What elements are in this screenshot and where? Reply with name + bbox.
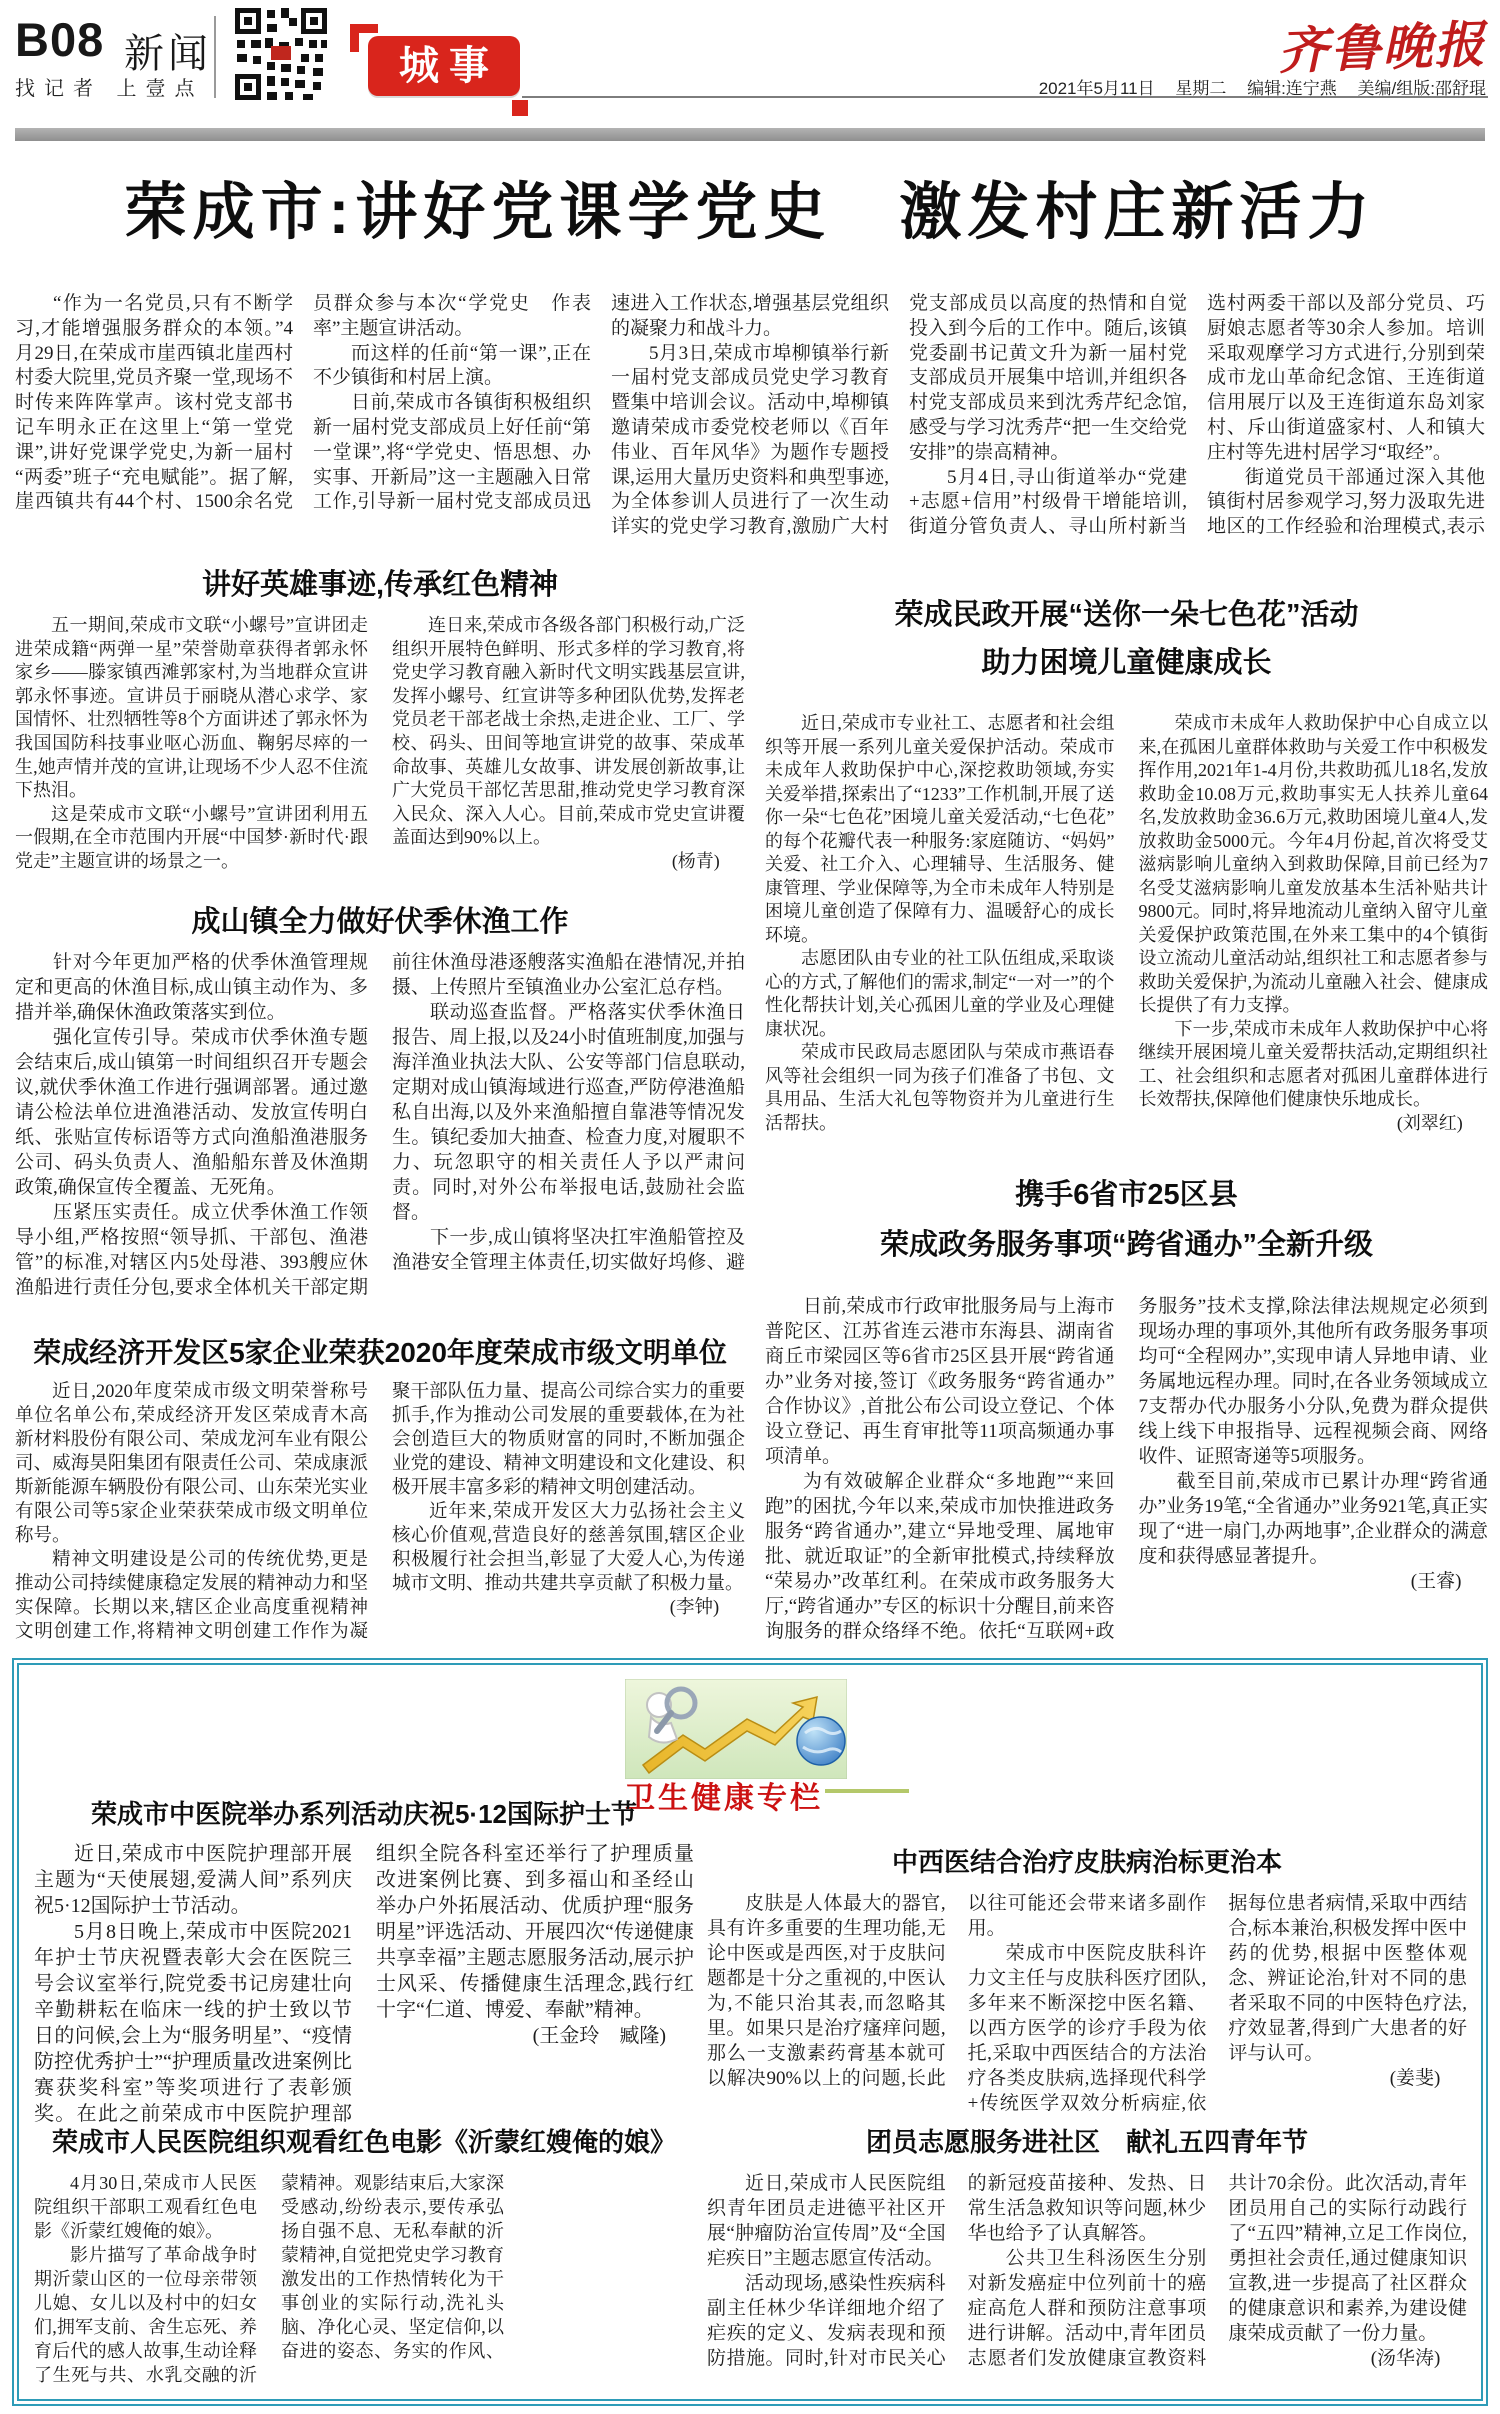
header-divider xyxy=(214,16,216,98)
paragraph: 荣成市未成年人救助保护中心自成立以来,在孤困儿童群体救助与关爱工作中积极发挥作用… xyxy=(1139,712,1489,1018)
decorative-bar xyxy=(15,128,1485,141)
lead-article-body: “作为一名党员,只有不断学习,才能增强服务群众的本领。”4月29日,在荣成市崖西… xyxy=(15,292,1485,564)
header-rule xyxy=(522,96,1488,98)
health-article-skin-body: 皮肤是人体最大的器官,具有许多重要的生理功能,无论中医或是西医,对于皮肤问题都是… xyxy=(707,1891,1467,2133)
article-flower-title-line2: 助力困境儿童健康成长 xyxy=(765,646,1488,681)
divider-line xyxy=(825,1789,909,1793)
article-fishing-body: 针对今年更加严格的伏季休渔管理规定和更高的休渔目标,成山镇主动作为、多措并举,确… xyxy=(15,950,745,1322)
health-article-youth-byline: (汤华涛) xyxy=(1228,2346,1467,2371)
qr-code-icon xyxy=(233,6,329,102)
health-column-box: 卫生健康专栏 荣成市中医院举办系列活动庆祝5·12国际护士节 近日,荣成市中医院… xyxy=(12,1658,1488,2406)
paragraph: 五一期间,荣成市文联“小螺号”宣讲团走进荣成籍“两弹一星”荣誉勋章获得者郭永怀家… xyxy=(15,614,368,803)
health-article-nurses-body: 近日,荣成市中医院护理部开展主题为“天使展翅,爱满人间”系列庆祝5·12国际护士… xyxy=(34,1841,694,2129)
section-name: 新闻 xyxy=(124,22,212,79)
health-column-illustration xyxy=(625,1679,847,1779)
paragraph: 而这样的任前“第一课”,正在不少镇街和村居上演。 xyxy=(313,342,591,392)
health-article-youth-title: 团员志愿服务进社区 献礼五四青年节 xyxy=(707,2127,1467,2158)
paragraph: 日前,荣成市行政审批服务局与上海市普陀区、江苏省连云港市东海县、湖南省商丘市梁园… xyxy=(765,1294,1115,1469)
article-fishing-title: 成山镇全力做好伏季休渔工作 xyxy=(15,905,745,940)
article-heroes-title: 讲好英雄事迹,传承红色精神 xyxy=(15,568,745,603)
paragraph: 针对今年更加严格的伏季休渔管理规定和更高的休渔目标,成山镇主动作为、多措并举,确… xyxy=(15,950,368,1025)
globe-icon xyxy=(797,1717,845,1765)
newspaper-page: B08 新闻 找记者 上壹点 城事 xyxy=(0,0,1500,2414)
paragraph: 连日来,荣成市各级各部门积极行动,广泛组织开展特色鲜明、形式多样的学习教育,将党… xyxy=(392,614,745,850)
masthead-logo: 齐鲁晚报 xyxy=(1277,4,1487,83)
paragraph: 截至目前,荣成市已累计办理“跨省通办”业务19笔,“全省通办”业务921笔,真正… xyxy=(1139,1469,1489,1569)
paragraph: 近日,荣成市专业社工、志愿者和社会组织等开展一系列儿童关爱保护活动。荣成市未成年… xyxy=(765,712,1115,947)
paragraph: 强化宣传引导。荣成市伏季休渔专题会结束后,成山镇第一时间组织召开专题会议,就伏季… xyxy=(15,1025,368,1200)
article-crossprovince-title-line2: 荣成政务服务事项“跨省通办”全新升级 xyxy=(765,1228,1488,1263)
article-flower-body: 近日,荣成市专业社工、志愿者和社会组织等开展一系列儿童关爱保护活动。荣成市未成年… xyxy=(765,712,1488,1137)
paragraph: 这是荣成市文联“小螺号”宣讲团利用五一假期,在全市范围内开展“中国梦·新时代·跟… xyxy=(15,803,368,874)
paragraph: 4月30日,荣成市人民医院组织干部职工观看红色电影《沂蒙红嫂俺的娘》。 xyxy=(34,2171,257,2243)
paragraph: 近年来,荣成开发区大力弘扬社会主义核心价值观,营造良好的慈善氛围,辖区企业积极履… xyxy=(392,1500,745,1596)
health-article-youth-body: 近日,荣成市人民医院组织青年团员走进德平社区开展“肿瘤防治宣传周”及“全国疟疾日… xyxy=(707,2171,1467,2387)
paragraph: 下一步,荣成市未成年人救助保护中心将继续开展困境儿童关爱帮扶活动,定期组织社工、… xyxy=(1139,1018,1489,1112)
paragraph: 近日,荣成市人民医院组织青年团员走进德平社区开展“肿瘤防治宣传周”及“全国疟疾日… xyxy=(707,2171,946,2271)
health-article-nurses-title: 荣成市中医院举办系列活动庆祝5·12国际护士节 xyxy=(34,1799,694,1830)
health-article-nurses-byline: (王金玲 臧隆) xyxy=(376,2023,694,2049)
article-civilized-body: 近日,2020年度荣成市级文明荣誉称号单位名单公布,荣成经济开发区荣成青木高新材… xyxy=(15,1380,745,1648)
paragraph: 联动巡查监督。严格落实伏季休渔日报告、周上报,以及24小时值班制度,加强与海洋渔… xyxy=(392,1000,745,1225)
paragraph: 近日,荣成市中医院护理部开展主题为“天使展翅,爱满人间”系列庆祝5·12国际护士… xyxy=(34,1841,352,1919)
article-flower-title-line1: 荣成民政开展“送你一朵七色花”活动 xyxy=(765,598,1488,633)
article-crossprovince-byline: (王睿) xyxy=(1139,1569,1489,1594)
health-article-movie-title: 荣成市人民医院组织观看红色电影《沂蒙红嫂俺的娘》 xyxy=(34,2127,694,2158)
article-civilized-byline: (李钟) xyxy=(392,1596,745,1620)
page-header: B08 xyxy=(15,12,104,67)
health-article-skin-title: 中西医结合治疗皮肤病治标更治本 xyxy=(707,1847,1467,1878)
paragraph: 志愿团队由专业的社工队伍组成,采取谈心的方式,了解他们的需求,制定“一对一”的个… xyxy=(765,947,1115,1041)
health-article-movie-body: 4月30日,荣成市人民医院组织干部职工观看红色电影《沂蒙红嫂俺的娘》。影片描写了… xyxy=(34,2171,504,2387)
channel-label: 城事 xyxy=(368,36,520,96)
article-crossprovince-body: 日前,荣成市行政审批服务局与上海市普陀区、江苏省连云港市东海县、湖南省商丘市梁园… xyxy=(765,1294,1488,1650)
paragraph: 近日,2020年度荣成市级文明荣誉称号单位名单公布,荣成经济开发区荣成青木高新材… xyxy=(15,1380,368,1548)
page-number: B08 xyxy=(15,13,104,66)
article-civilized-title: 荣成经济开发区5家企业荣获2020年度荣成市级文明单位 xyxy=(15,1336,745,1370)
article-heroes-body: 五一期间,荣成市文联“小螺号”宣讲团走进荣成籍“两弹一星”荣誉勋章获得者郭永怀家… xyxy=(15,614,745,900)
health-article-skin-byline: (姜斐) xyxy=(1228,2066,1467,2091)
paragraph: 荣成市民政局志愿团队与荣成市燕语春风等社会组织一同为孩子们准备了书包、文具用品、… xyxy=(765,1041,1115,1135)
article-heroes-byline: (杨青) xyxy=(392,850,745,874)
channel-corner-mark-2 xyxy=(350,24,359,52)
header-slogan: 找记者 上壹点 xyxy=(15,72,204,101)
article-crossprovince-title-line1: 携手6省市25区县 xyxy=(765,1178,1488,1213)
lead-article-title: 荣成市:讲好党课学党史 激发村庄新活力 xyxy=(0,176,1500,250)
channel-corner-square xyxy=(512,100,528,116)
article-flower-byline: (刘翠红) xyxy=(1139,1112,1489,1136)
